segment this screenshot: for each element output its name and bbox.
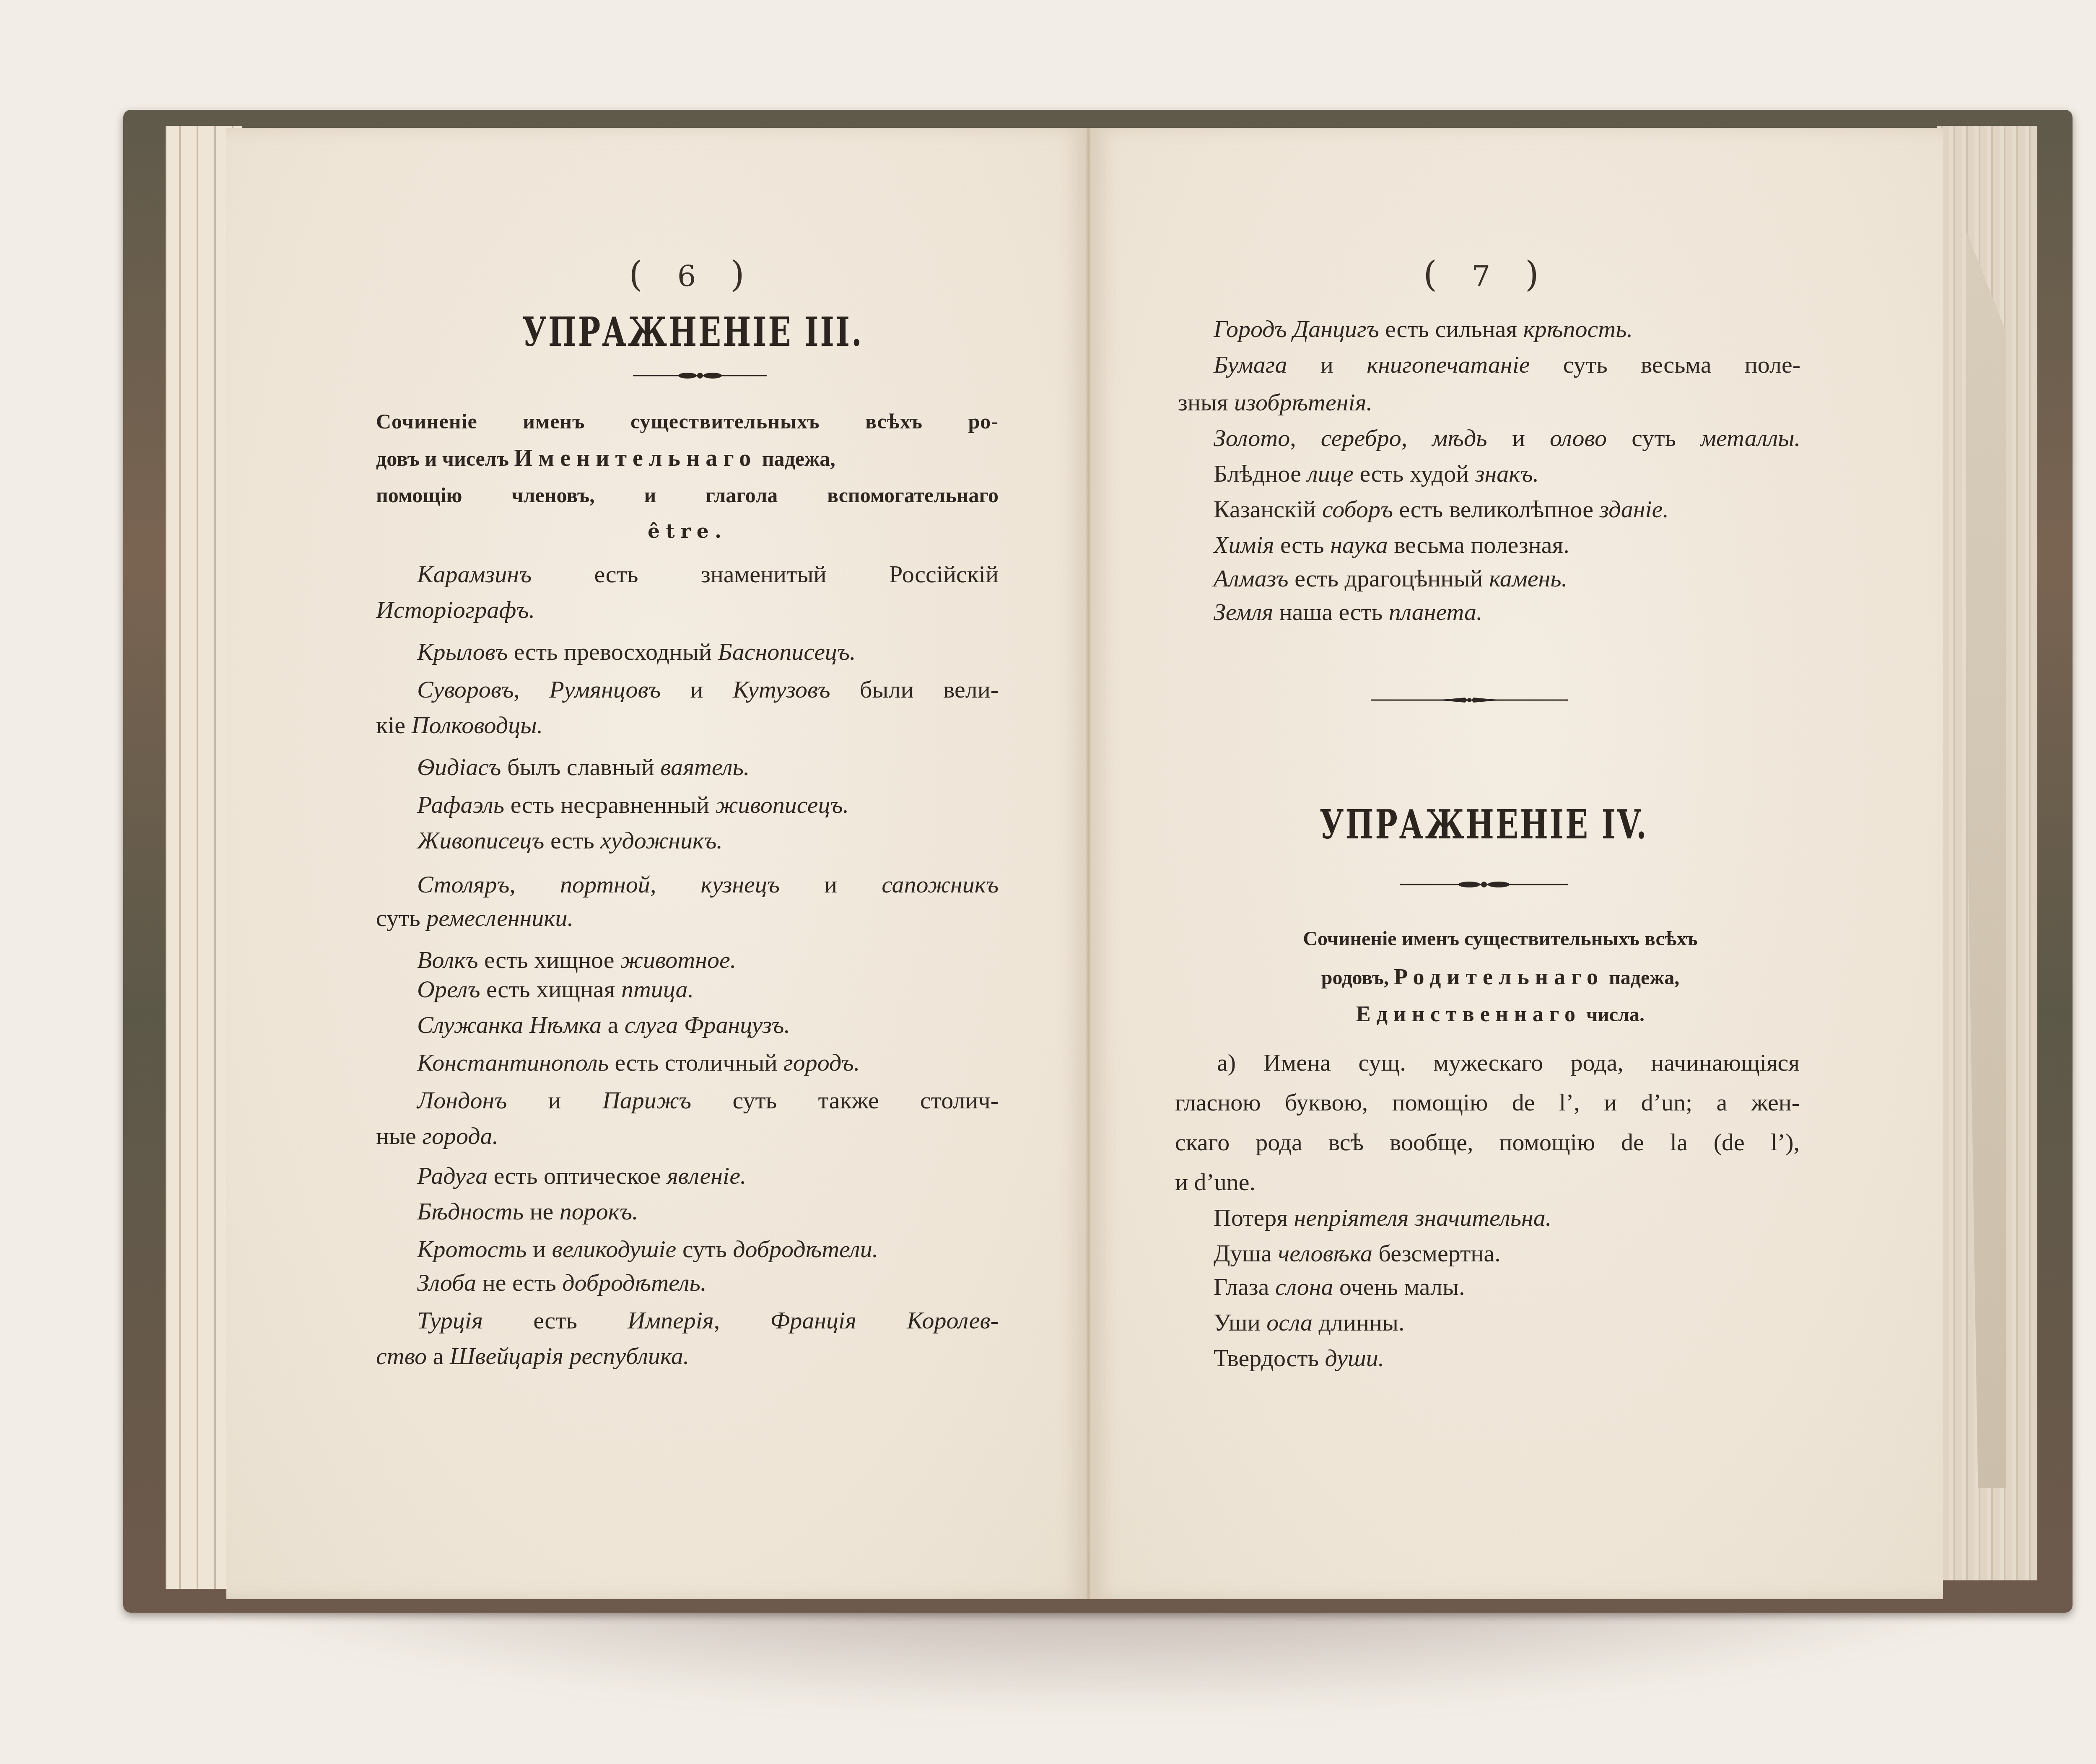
text-line: ные города. (376, 1121, 498, 1151)
roman-word: есть (483, 1307, 628, 1334)
italic-word: ство (376, 1342, 427, 1370)
italic-word: Крыловъ (417, 638, 508, 665)
book-gutter (1086, 128, 1092, 1599)
italic-word: слона (1275, 1273, 1333, 1300)
italic-word: души. (1325, 1344, 1385, 1372)
italic-word: Бѣдность (417, 1198, 524, 1225)
italic-word: наука (1330, 531, 1388, 558)
exercise-heading-4: УПРАЖНЕНIЕ IV. (1226, 801, 1742, 848)
roman-word: Твердость (1214, 1344, 1325, 1372)
italic-word: добродѣтели. (733, 1235, 878, 1263)
roman-word: и (1487, 424, 1550, 451)
roman-word: , (1290, 424, 1321, 451)
roman-word: есть столичный (609, 1049, 783, 1076)
roman-word: безсмертна. (1372, 1240, 1501, 1267)
roman-word: суть также столич- (691, 1087, 999, 1114)
italic-word: портной (560, 871, 650, 898)
italic-word: ремесленники. (426, 904, 573, 931)
right-page-stack (1937, 126, 2037, 1580)
italic-word: великодушiе (552, 1235, 676, 1263)
roman-word: Казанскiй (1214, 495, 1322, 523)
italic-word: Рафаэль (417, 791, 504, 818)
roman-word: есть хищное (478, 946, 620, 973)
text-line: Земля наша есть планета. (1214, 597, 1483, 627)
subtitle-line: être. (604, 520, 771, 542)
roman-word: не (524, 1198, 560, 1225)
italic-word: Столяръ (417, 871, 509, 898)
ornamental-rule-icon (1371, 696, 1568, 704)
italic-word: Кротость (417, 1235, 527, 1263)
text-line: Блѣдное лице есть худой знакъ. (1214, 459, 1539, 488)
italic-word: камень. (1489, 565, 1567, 592)
text-line: Крыловъ есть превосходный Баснописецъ. (417, 637, 856, 667)
folded-leaf (1966, 231, 2006, 1488)
roman-word: Потеря (1214, 1204, 1294, 1231)
roman-word: есть хищная (480, 975, 621, 1003)
page-number-right: ( 7 ) (1377, 254, 1587, 295)
text-line: Столяръ, портной, кузнецъ и сапожникъ (417, 870, 999, 899)
text-line: Глаза слона очень малы. (1214, 1272, 1465, 1302)
italic-word: книгопечатанiе (1367, 351, 1530, 378)
roman-word: и (527, 1235, 552, 1263)
rule-a-line: а) Имена сущ. мужескаго рода, начинающiя… (1217, 1048, 1800, 1077)
italic-word: серебро (1321, 424, 1401, 451)
italic-word: Турцiя (417, 1307, 483, 1334)
text-line: зныя изобрѣтенiя. (1178, 388, 1372, 417)
text-line: Карамзинъ есть знаменитый Россiйскiй (417, 560, 999, 589)
right-page (1090, 128, 1943, 1599)
text-line: Турцiя есть Имперiя, Францiя Королев- (417, 1306, 999, 1335)
text-line: Волкъ есть хищное животное. (417, 945, 736, 975)
text-line: Казанскiй соборъ есть великолѣпное зданi… (1214, 495, 1669, 524)
ornamental-rule-icon (1400, 880, 1568, 889)
roman-word: есть драгоцѣнный (1289, 565, 1489, 592)
page-number-value: 6 (677, 259, 698, 293)
subtitle-line: Единственнаго числа. (1205, 1000, 1796, 1030)
roman-word: а (427, 1342, 450, 1370)
italic-word: олово (1550, 424, 1607, 451)
italic-word: добродѣтель. (562, 1269, 706, 1296)
text-line: Потеря непрiятеля значительна. (1214, 1203, 1551, 1232)
italic-word: зданiе. (1599, 495, 1668, 523)
subtitle-line: довъ и чиселъ Именительнаго падежа, (376, 444, 999, 473)
text-line: Служанка Нѣмка а слуга Французъ. (417, 1010, 790, 1040)
italic-word: Живописецъ (417, 827, 544, 854)
roman-word: длинны. (1313, 1309, 1405, 1336)
roman-word: есть великолѣпное (1393, 495, 1599, 523)
text-line: Твердость души. (1214, 1344, 1384, 1373)
roman-word: суть (1607, 424, 1701, 451)
text-line: ство а Швейцарiя республика. (376, 1341, 689, 1371)
roman-word: наша есть (1273, 598, 1388, 625)
italic-word: Полководцы. (412, 711, 543, 739)
subtitle-line: Сочиненiе именъ существительныхъ всѣхъ р… (376, 407, 999, 436)
italic-word: Исторiографъ. (376, 596, 535, 623)
italic-word: живописецъ. (715, 791, 849, 818)
roman-word: есть худой (1354, 460, 1475, 487)
roman-word: и (507, 1087, 602, 1114)
italic-word: Злоба (417, 1269, 476, 1296)
text-line: Злоба не есть добродѣтель. (417, 1268, 707, 1297)
roman-word: ные (376, 1122, 422, 1149)
italic-word: знакъ. (1475, 460, 1539, 487)
subtitle-line: Сочиненiе именъ существительныхъ всѣхъ (1205, 924, 1796, 954)
italic-word: Земля (1214, 598, 1273, 625)
italic-word: Золото (1214, 424, 1290, 451)
roman-word: кiе (376, 711, 412, 739)
exercise-heading-3: УПРАЖНЕНIЕ III. (435, 308, 951, 355)
italic-word: Радуга (417, 1162, 488, 1189)
italic-word: порокъ. (560, 1198, 638, 1225)
text-line: суть ремесленники. (376, 903, 573, 933)
italic-word: Химiя (1214, 531, 1274, 558)
roman-word: , (1401, 424, 1432, 451)
italic-word: Ѳидiасъ (417, 753, 501, 781)
text-line: Кротость и великодушiе суть добродѣтели. (417, 1235, 878, 1264)
italic-word: слуга Французъ. (625, 1011, 790, 1038)
roman-word: суть весьма поле- (1530, 351, 1800, 378)
italic-word: Алмазъ (1214, 565, 1289, 592)
italic-word: Францiя Королев- (770, 1307, 999, 1334)
italic-word: планета. (1389, 598, 1483, 625)
roman-word: и (1287, 351, 1367, 378)
italic-word: Парижъ (602, 1087, 691, 1114)
roman-word: былъ славный (501, 753, 660, 781)
italic-word: Суворовъ (417, 676, 514, 703)
text-line: Ѳидiасъ былъ славный ваятель. (417, 752, 750, 782)
roman-word: есть оптическое (488, 1162, 667, 1189)
roman-word: а (602, 1011, 625, 1038)
italic-word: Швейцарiя республика. (450, 1342, 689, 1370)
roman-word: есть знаменитый Россiйскiй (532, 560, 999, 588)
italic-word: изобрѣтенiя. (1234, 389, 1372, 416)
italic-word: соборъ (1322, 495, 1393, 523)
italic-word: металлы. (1701, 424, 1800, 451)
subtitle-line: помощiю членовъ, и глагола вспомогательн… (376, 480, 999, 510)
italic-word: птица. (621, 975, 694, 1003)
italic-word: крѣпость. (1523, 315, 1633, 342)
roman-word: Глаза (1214, 1273, 1275, 1300)
italic-word: непрiятеля значительна. (1294, 1204, 1551, 1231)
rule-a-line: скаго рода всѣ вообще, помощiю de la (de… (1175, 1128, 1800, 1157)
roman-word: Уши (1214, 1309, 1266, 1336)
italic-word: города. (422, 1122, 498, 1149)
roman-word: и (780, 871, 882, 898)
text-line: Бѣдность не порокъ. (417, 1197, 638, 1226)
italic-word: Волкъ (417, 946, 478, 973)
roman-word: есть несравненный (504, 791, 715, 818)
rule-a-line: и d’une. (1175, 1167, 1256, 1197)
italic-word: Служанка Нѣмка (417, 1011, 602, 1038)
italic-word: животное. (620, 946, 736, 973)
roman-word: очень малы. (1333, 1273, 1465, 1300)
text-line: кiе Полководцы. (376, 711, 543, 740)
italic-word: Румянцовъ (549, 676, 661, 703)
rule-a-line: гласною буквою, помощiю de l’, и d’un; а… (1175, 1088, 1800, 1117)
italic-word: художникъ. (600, 827, 723, 854)
text-line: Алмазъ есть драгоцѣнный камень. (1214, 564, 1567, 593)
text-line: Золото, серебро, мѣдь и олово суть метал… (1214, 423, 1800, 453)
italic-word: Карамзинъ (417, 560, 532, 588)
italic-word: мѣдь (1432, 424, 1487, 451)
roman-word: Душа (1214, 1240, 1278, 1267)
text-line: Городъ Данцигъ есть сильная крѣпость. (1214, 314, 1633, 344)
roman-word: не есть (476, 1269, 562, 1296)
roman-word: суть (376, 904, 426, 931)
italic-word: Константинополь (417, 1049, 609, 1076)
roman-word: , (650, 871, 701, 898)
italic-word: Орелъ (417, 975, 480, 1003)
page-number-value: 7 (1472, 259, 1492, 293)
roman-word: есть (544, 827, 600, 854)
text-line: Бумага и книгопечатанiе суть весьма поле… (1214, 350, 1800, 379)
text-line: Душа человѣка безсмертна. (1214, 1239, 1501, 1268)
italic-word: лице (1307, 460, 1353, 487)
italic-word: сапожникъ (882, 871, 999, 898)
italic-word: Баснописецъ. (718, 638, 856, 665)
italic-word: Городъ Данцигъ (1214, 315, 1379, 342)
ornamental-rule-icon (633, 371, 767, 380)
text-line: Константинополь есть столичный городъ. (417, 1048, 860, 1077)
text-line: Уши осла длинны. (1214, 1308, 1404, 1337)
italic-word: Бумага (1214, 351, 1287, 378)
text-line: Рафаэль есть несравненный живописецъ. (417, 790, 849, 820)
page-number-left: ( 6 ) (583, 254, 792, 295)
italic-word: кузнецъ (701, 871, 780, 898)
roman-word: были вели- (830, 676, 999, 703)
italic-word: ваятель. (660, 753, 750, 781)
subtitle-line: родовъ, Родительнаго падежа, (1205, 962, 1796, 993)
roman-word: есть превосходный (508, 638, 718, 665)
text-line: Исторiографъ. (376, 595, 535, 625)
roman-word: и (661, 676, 733, 703)
italic-word: осла (1266, 1309, 1313, 1336)
text-line: Живописецъ есть художникъ. (417, 826, 723, 855)
text-line: Лондонъ и Парижъ суть также столич- (417, 1086, 999, 1115)
italic-word: городъ. (783, 1049, 860, 1076)
roman-word: есть сильная (1379, 315, 1523, 342)
italic-word: явленiе. (667, 1162, 747, 1189)
roman-word: весьма полезная. (1388, 531, 1569, 558)
italic-word: Кутузовъ (733, 676, 830, 703)
roman-word: , (509, 871, 560, 898)
italic-word: Имперiя (628, 1307, 714, 1334)
roman-word: есть (1274, 531, 1331, 558)
text-line: Суворовъ, Румянцовъ и Кутузовъ были вели… (417, 675, 999, 704)
roman-word: суть (676, 1235, 733, 1263)
roman-word: , (714, 1307, 770, 1334)
text-line: Радуга есть оптическое явленiе. (417, 1161, 746, 1191)
text-line: Орелъ есть хищная птица. (417, 975, 694, 1004)
roman-word: , (514, 676, 549, 703)
roman-word: Блѣдное (1214, 460, 1307, 487)
roman-word: зныя (1178, 389, 1234, 416)
italic-word: Лондонъ (417, 1087, 507, 1114)
text-line: Химiя есть наука весьма полезная. (1214, 530, 1569, 560)
italic-word: человѣка (1278, 1240, 1372, 1267)
